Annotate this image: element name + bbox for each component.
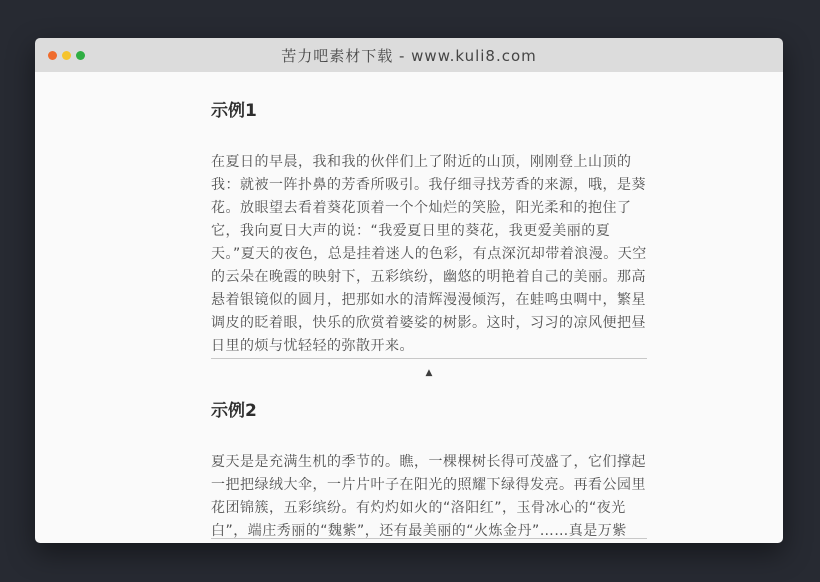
maximize-dot-icon[interactable]	[76, 51, 85, 60]
collapse-arrow-icon[interactable]: ▲	[426, 368, 433, 378]
section-gap	[211, 379, 647, 396]
demo-container: 示例1 在夏日的早晨，我和我的伙伴们上了附近的山顶，刚刚登上山顶的我：就被一阵扑…	[211, 72, 647, 543]
demo-1-toggle-row: ▲	[211, 360, 647, 379]
demo-2-toggle-row: …	[211, 540, 647, 543]
browser-window: 苦力吧素材下载 - www.kuli8.com 示例1 在夏日的早晨，我和我的伙…	[35, 38, 783, 543]
minimize-dot-icon[interactable]	[62, 51, 71, 60]
demo-2-text: 夏天是是充满生机的季节的。瞧，一棵棵树长得可茂盛了，它们撑起一把把绿绒大伞，一片…	[211, 451, 647, 539]
window-title: 苦力吧素材下载 - www.kuli8.com	[281, 45, 537, 66]
traffic-light-dots	[48, 38, 85, 72]
close-dot-icon[interactable]	[48, 51, 57, 60]
page-content: 示例1 在夏日的早晨，我和我的伙伴们上了附近的山顶，刚刚登上山顶的我：就被一阵扑…	[35, 72, 783, 543]
window-titlebar: 苦力吧素材下载 - www.kuli8.com	[35, 38, 783, 72]
demo-1-heading: 示例1	[211, 96, 647, 121]
demo-1-text: 在夏日的早晨，我和我的伙伴们上了附近的山顶，刚刚登上山顶的我：就被一阵扑鼻的芳香…	[211, 151, 647, 359]
demo-2-heading: 示例2	[211, 396, 647, 421]
